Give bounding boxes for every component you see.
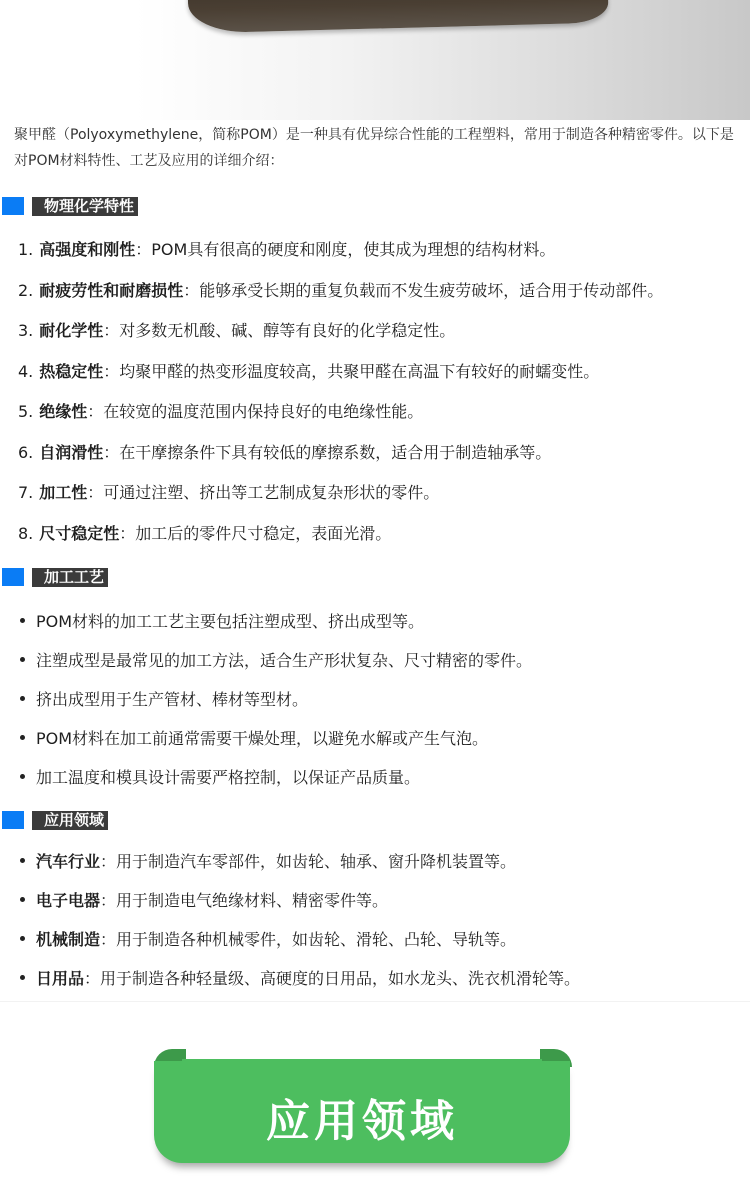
divider (0, 1001, 750, 1002)
section-header-applications: 应用领域 (2, 810, 108, 830)
list-item: 8.尺寸稳定性：加工后的零件尺寸稳定，表面光滑。 (18, 514, 748, 555)
pom-product-image (187, 0, 608, 33)
list-item: POM材料的加工工艺主要包括注塑成型、挤出成型等。 (20, 602, 750, 641)
list-item: 1.高强度和刚性：POM具有很高的硬度和刚度，使其成为理想的结构材料。 (18, 230, 748, 271)
bullet-icon (20, 735, 25, 740)
list-item: 3.耐化学性：对多数无机酸、碱、醇等有良好的化学稳定性。 (18, 311, 748, 352)
bullet-icon (20, 858, 25, 863)
hero-image (0, 0, 750, 120)
section-title: 加工工艺 (32, 568, 108, 587)
list-item: 电子电器：用于制造电气绝缘材料、精密零件等。 (20, 881, 750, 920)
banner-title: 应用领域 (154, 1085, 570, 1149)
bullet-icon (20, 975, 25, 980)
section-marker-icon (2, 197, 24, 215)
list-item: 汽车行业：用于制造汽车零部件，如齿轮、轴承、窗升降机装置等。 (20, 842, 750, 881)
list-item: 机械制造：用于制造各种机械零件，如齿轮、滑轮、凸轮、导轨等。 (20, 920, 750, 959)
section-header-properties: 物理化学特性 (2, 196, 138, 216)
section-marker-icon (2, 811, 24, 829)
bullet-icon (20, 618, 25, 623)
list-item: 6.自润滑性：在干摩擦条件下具有较低的摩擦系数，适合用于制造轴承等。 (18, 433, 748, 474)
section-title: 物理化学特性 (32, 197, 138, 216)
list-item: POM材料在加工前通常需要干燥处理，以避免水解或产生气泡。 (20, 719, 750, 758)
list-item: 挤出成型用于生产管材、棒材等型材。 (20, 680, 750, 719)
process-list: POM材料的加工工艺主要包括注塑成型、挤出成型等。 注塑成型是最常见的加工方法，… (20, 602, 750, 797)
section-header-process: 加工工艺 (2, 567, 108, 587)
section-title: 应用领域 (32, 811, 108, 830)
bullet-icon (20, 897, 25, 902)
intro-paragraph: 聚甲醛（Polyoxymethylene，简称POM）是一种具有优异综合性能的工… (14, 122, 742, 174)
ribbon-body: 应用领域 (154, 1061, 570, 1163)
section-marker-icon (2, 568, 24, 586)
list-item: 5.绝缘性：在较宽的温度范围内保持良好的电绝缘性能。 (18, 392, 748, 433)
ribbon-banner: 应用领域 (150, 1045, 572, 1165)
list-item: 注塑成型是最常见的加工方法，适合生产形状复杂、尺寸精密的零件。 (20, 641, 750, 680)
applications-list: 汽车行业：用于制造汽车零部件，如齿轮、轴承、窗升降机装置等。 电子电器：用于制造… (20, 842, 750, 998)
bullet-icon (20, 936, 25, 941)
bullet-icon (20, 774, 25, 779)
bullet-icon (20, 657, 25, 662)
bullet-icon (20, 696, 25, 701)
list-item: 4.热稳定性：均聚甲醛的热变形温度较高，共聚甲醛在高温下有较好的耐蠕变性。 (18, 352, 748, 393)
list-item: 2.耐疲劳性和耐磨损性：能够承受长期的重复负载而不发生疲劳破坏，适合用于传动部件… (18, 271, 748, 312)
list-item: 加工温度和模具设计需要严格控制，以保证产品质量。 (20, 758, 750, 797)
properties-list: 1.高强度和刚性：POM具有很高的硬度和刚度，使其成为理想的结构材料。 2.耐疲… (18, 230, 748, 554)
list-item: 日用品：用于制造各种轻量级、高硬度的日用品，如水龙头、洗衣机滑轮等。 (20, 959, 750, 998)
list-item: 7.加工性：可通过注塑、挤出等工艺制成复杂形状的零件。 (18, 473, 748, 514)
